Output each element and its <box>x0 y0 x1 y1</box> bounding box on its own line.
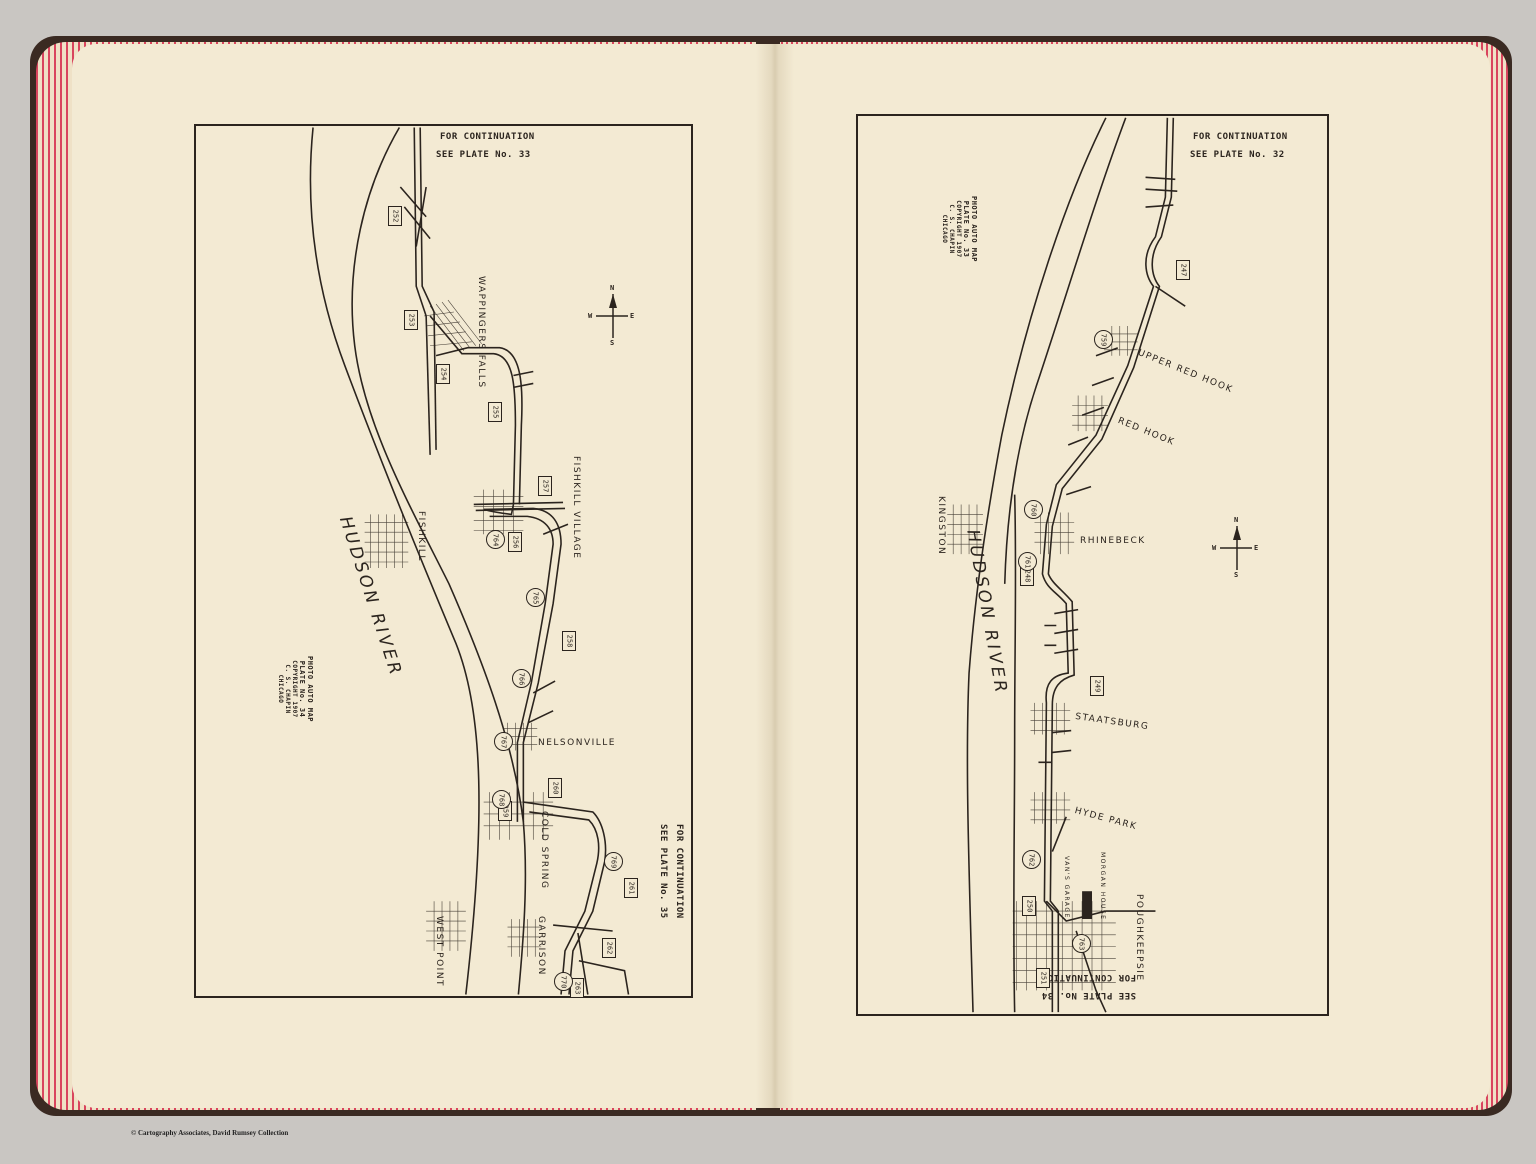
mile-marker-circle: 760 <box>1024 500 1043 519</box>
route-marker-box: 256 <box>508 532 522 552</box>
collection-credit: © Cartography Associates, David Rumsey C… <box>131 1129 288 1137</box>
mile-marker-circle: 767 <box>494 732 513 751</box>
route-marker-box: 247 <box>1176 260 1190 280</box>
place-rhinebeck: RHINEBECK <box>1080 536 1146 546</box>
route-marker-box: 252 <box>388 206 402 226</box>
place-wappingers-falls: WAPPINGERS FALLS <box>476 276 486 389</box>
mile-marker-circle: 763 <box>1072 934 1091 953</box>
place-fishkill-village: FISHKILL VILLAGE <box>571 456 581 559</box>
route-marker-box: 258 <box>562 631 576 651</box>
place-cold-spring: COLD SPRING <box>539 811 549 889</box>
route-marker-box: 253 <box>404 310 418 330</box>
left-imprint: PHOTO AUTO MAP PLATE No. 34 COPYRIGHT 19… <box>277 656 314 722</box>
place-vans-garage: VAN'S GARAGE <box>1063 856 1070 919</box>
left-map-plate: FOR CONTINUATION SEE PLATE No. 33 WAPPIN… <box>194 124 693 998</box>
left-continuation-bottom: FOR CONTINUATION SEE PLATE No. 35 <box>658 824 684 919</box>
continuation-top-line2: SEE PLATE No. 32 <box>1190 150 1285 160</box>
mile-marker-circle: 759 <box>1094 330 1113 349</box>
mile-marker-circle: 765 <box>526 588 545 607</box>
place-kingston: KINGSTON <box>936 496 946 555</box>
right-continuation-bottom: SEE PLATE No. 34 FOR CONTINUATION <box>1041 972 1136 1000</box>
route-marker-box: 250 <box>1022 896 1036 916</box>
mile-marker-circle: 764 <box>486 530 505 549</box>
mile-marker-circle: 762 <box>1022 850 1041 869</box>
route-marker-box: 262 <box>602 938 616 958</box>
mile-marker-circle: 768 <box>492 790 511 809</box>
mile-marker-circle: 769 <box>604 852 623 871</box>
compass-rose: N S W E <box>1212 516 1262 578</box>
place-poughkeepsie: POUGHKEEPSIE <box>1134 894 1144 982</box>
compass-rose: N S W E <box>588 284 638 346</box>
place-west-point: WEST POINT <box>434 916 444 987</box>
book-gutter <box>756 44 794 1108</box>
right-imprint: PHOTO AUTO MAP PLATE No. 33 COPYRIGHT 19… <box>941 196 978 262</box>
place-morgan-house: MORGAN HOUSE <box>1099 852 1106 920</box>
route-marker-box: 254 <box>436 364 450 384</box>
right-map-plate: FOR CONTINUATION SEE PLATE No. 32 PHOTO … <box>856 114 1329 1016</box>
route-marker-box: 249 <box>1090 676 1104 696</box>
continuation-top-line2: SEE PLATE No. 33 <box>436 150 531 160</box>
route-marker-box: 257 <box>538 476 552 496</box>
mile-marker-circle: 766 <box>512 669 531 688</box>
place-nelsonville: NELSONVILLE <box>538 738 616 748</box>
place-garrison: GARRISON <box>536 916 546 976</box>
route-marker-box: 255 <box>488 402 502 422</box>
route-marker-box: 260 <box>548 778 562 798</box>
mile-marker-circle: 770 <box>554 972 573 991</box>
place-fishkill: FISHKILL <box>416 511 426 562</box>
continuation-top-line1: FOR CONTINUATION <box>440 132 535 142</box>
route-marker-box: 261 <box>624 878 638 898</box>
continuation-top-line1: FOR CONTINUATION <box>1193 132 1288 142</box>
mile-marker-circle: 761 <box>1018 552 1037 571</box>
route-marker-box: 251 <box>1036 968 1050 988</box>
